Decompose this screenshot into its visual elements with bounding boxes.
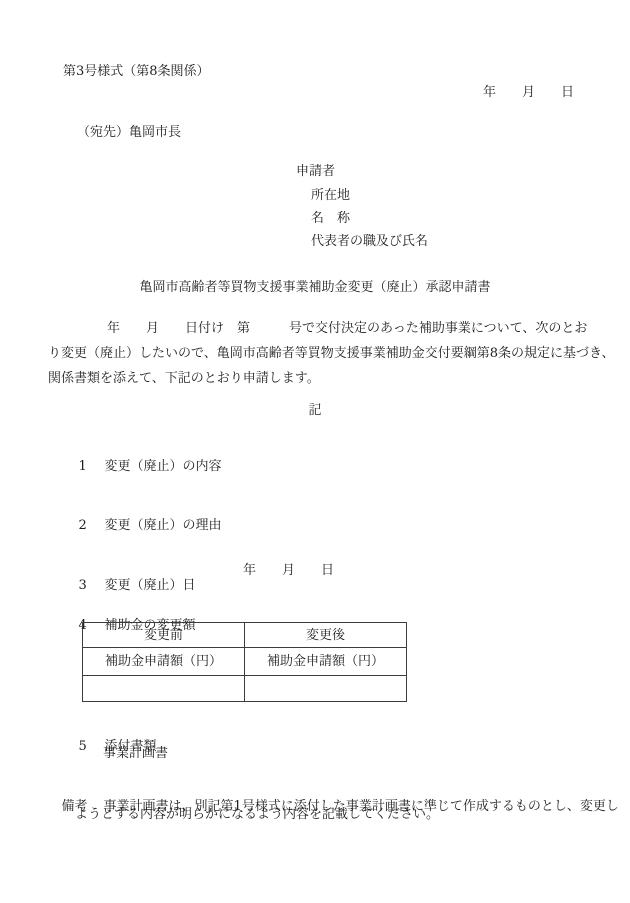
table-cell-after-value [245, 676, 407, 702]
item-number: 5 [79, 739, 105, 754]
table-cell-after-label: 補助金申請額（円） [245, 648, 407, 676]
item-number: 3 [79, 578, 105, 593]
applicant-field-name: 名 称 [311, 211, 350, 226]
document-page: 第3号様式（第8条関係） 年 月 日 （宛先）亀岡市長 申請者 所在地 名 称 … [0, 0, 630, 903]
table-cell-before-label: 補助金申請額（円） [83, 648, 245, 676]
form-number: 第3号様式（第8条関係） [63, 64, 210, 79]
item-change-reason: 2変更（廃止）の理由 [62, 503, 222, 548]
body-line-3: 関係書類を添えて、下記のとおり申請します。 [48, 371, 320, 386]
table-header-row: 変更前 変更後 [83, 623, 407, 648]
item-change-content: 1変更（廃止）の内容 [62, 444, 222, 489]
item-label: 変更（廃止）の理由 [105, 518, 222, 533]
item-number: 2 [79, 518, 105, 533]
attached-document-name: 事業計画書 [103, 746, 168, 761]
item-date-blank: 年 月 日 [243, 563, 334, 578]
item-number: 1 [79, 459, 105, 474]
document-title: 亀岡市高齢者等買物支援事業補助金変更（廃止）承認申請書 [0, 280, 630, 295]
addressee: （宛先）亀岡市長 [77, 125, 181, 140]
item-label: 変更（廃止）日 [105, 578, 196, 593]
table-cell-before-value [83, 676, 245, 702]
date-blank-line: 年 月 日 [483, 85, 574, 100]
item-label: 変更（廃止）の内容 [105, 459, 222, 474]
table-header-after: 変更後 [245, 623, 407, 648]
body-line-2: り変更（廃止）したいので、亀岡市高齢者等買物支援事業補助金交付要綱第8条の規定に… [48, 346, 615, 361]
body-line-1: 年 月 日付け 第 号で交付決定のあった補助事業について、次のとお [48, 321, 587, 336]
ki-marker: 記 [0, 403, 630, 418]
remarks-line-2: ようとする内容が明らかになるよう内容を記載してください。 [75, 807, 439, 822]
table-row [83, 676, 407, 702]
table-row: 補助金申請額（円） 補助金申請額（円） [83, 648, 407, 676]
applicant-field-representative: 代表者の職及び氏名 [311, 234, 428, 249]
applicant-field-address: 所在地 [311, 188, 350, 203]
table-header-before: 変更前 [83, 623, 245, 648]
subsidy-change-table: 変更前 変更後 補助金申請額（円） 補助金申請額（円） [82, 622, 407, 702]
applicant-label: 申請者 [296, 164, 335, 179]
